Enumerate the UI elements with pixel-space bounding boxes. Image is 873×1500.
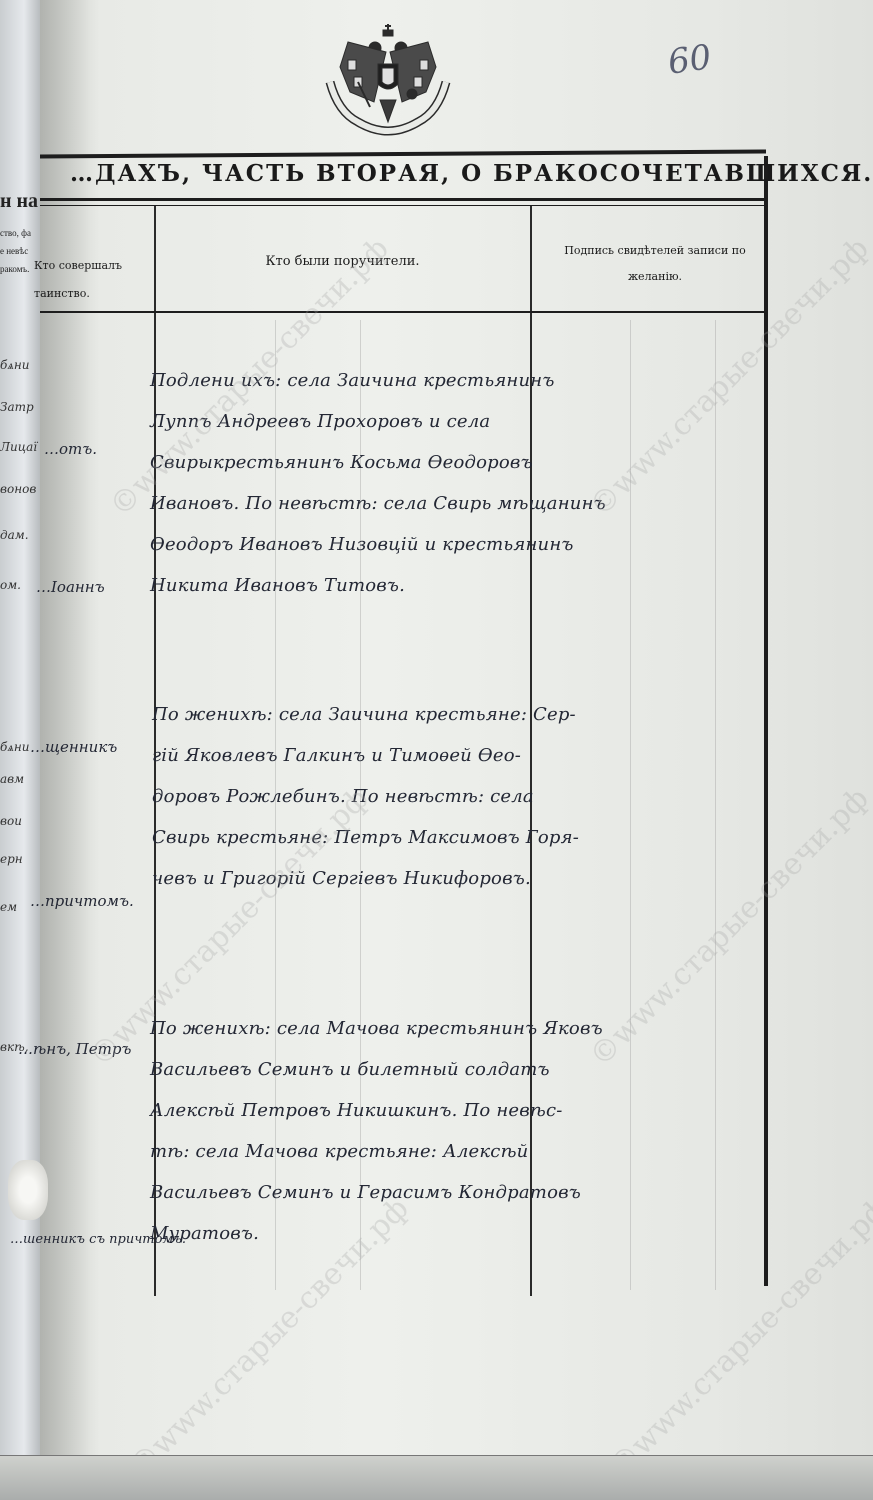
- witness-signatures-column-empty: [534, 316, 762, 1286]
- officiant-fragment: …причтомъ.: [30, 892, 134, 910]
- prev-page-handwriting: ем: [0, 900, 17, 914]
- prev-page-handwriting: Затр: [0, 400, 34, 414]
- prev-page-handwriting: ерн: [0, 852, 23, 866]
- prev-page-handwriting: вонов: [0, 482, 36, 496]
- sureties-line: гій Яковлевъ Галкинъ и Тимоѳей Ѳео-: [152, 735, 579, 776]
- column-header-witness-signatures: Подпись свидѣтелей записи по желанію.: [560, 238, 750, 290]
- prev-page-handwriting: дам.: [0, 528, 29, 542]
- frame-right-border: [764, 156, 768, 1286]
- prev-page-border-curve: [0, 100, 40, 184]
- officiant-fragment: …Іоаннъ: [36, 578, 105, 596]
- column-header-sureties: Кто были поручители.: [160, 250, 525, 274]
- officiant-fragment: …ѣнъ, Петръ: [18, 1040, 131, 1058]
- prev-page-header-fragment: ство, фа: [0, 228, 31, 238]
- prev-page-header-fragment: е невѣс: [0, 246, 28, 256]
- title-rule: [40, 198, 766, 201]
- prev-page-title-fragment: н на: [0, 190, 38, 213]
- sureties-line: доровъ Рожлебинъ. По невѣстѣ: села: [152, 776, 579, 817]
- prev-page-handwriting: бѧни: [0, 740, 29, 755]
- binding-thread: [8, 1160, 48, 1220]
- title-rule-thin: [40, 205, 766, 206]
- prev-page-handwriting: Лицаї: [0, 440, 37, 454]
- header-rule: [40, 311, 766, 313]
- sureties-line: Свирь крестьяне: Петръ Максимовъ Горя-: [152, 817, 579, 858]
- prev-page-header-fragment: ракомъ.: [0, 264, 29, 274]
- sureties-line: чевъ и Григорій Сергіевъ Никифоровъ.: [152, 858, 579, 899]
- page-bottom-edge: [0, 1455, 873, 1500]
- officiant-fragment: …отъ.: [44, 440, 97, 458]
- page-number: 60: [665, 37, 713, 83]
- prev-page-handwriting: вои: [0, 814, 22, 828]
- entry-2-sureties: По женихѣ: села Заичина крестьяне: Сер- …: [152, 694, 579, 899]
- page-title: …дахъ, часть вторая, о бракосочетавшихся…: [70, 160, 760, 187]
- column-header-officiant: Кто совершалъ таинство.: [34, 252, 152, 308]
- officiant-fragment: …щенникъ: [30, 738, 117, 756]
- imperial-eagle-crest-icon: [318, 22, 458, 147]
- prev-page-handwriting: авм: [0, 772, 24, 786]
- sureties-line: По женихѣ: села Заичина крестьяне: Сер-: [152, 694, 579, 735]
- prev-page-handwriting: ом.: [0, 578, 21, 592]
